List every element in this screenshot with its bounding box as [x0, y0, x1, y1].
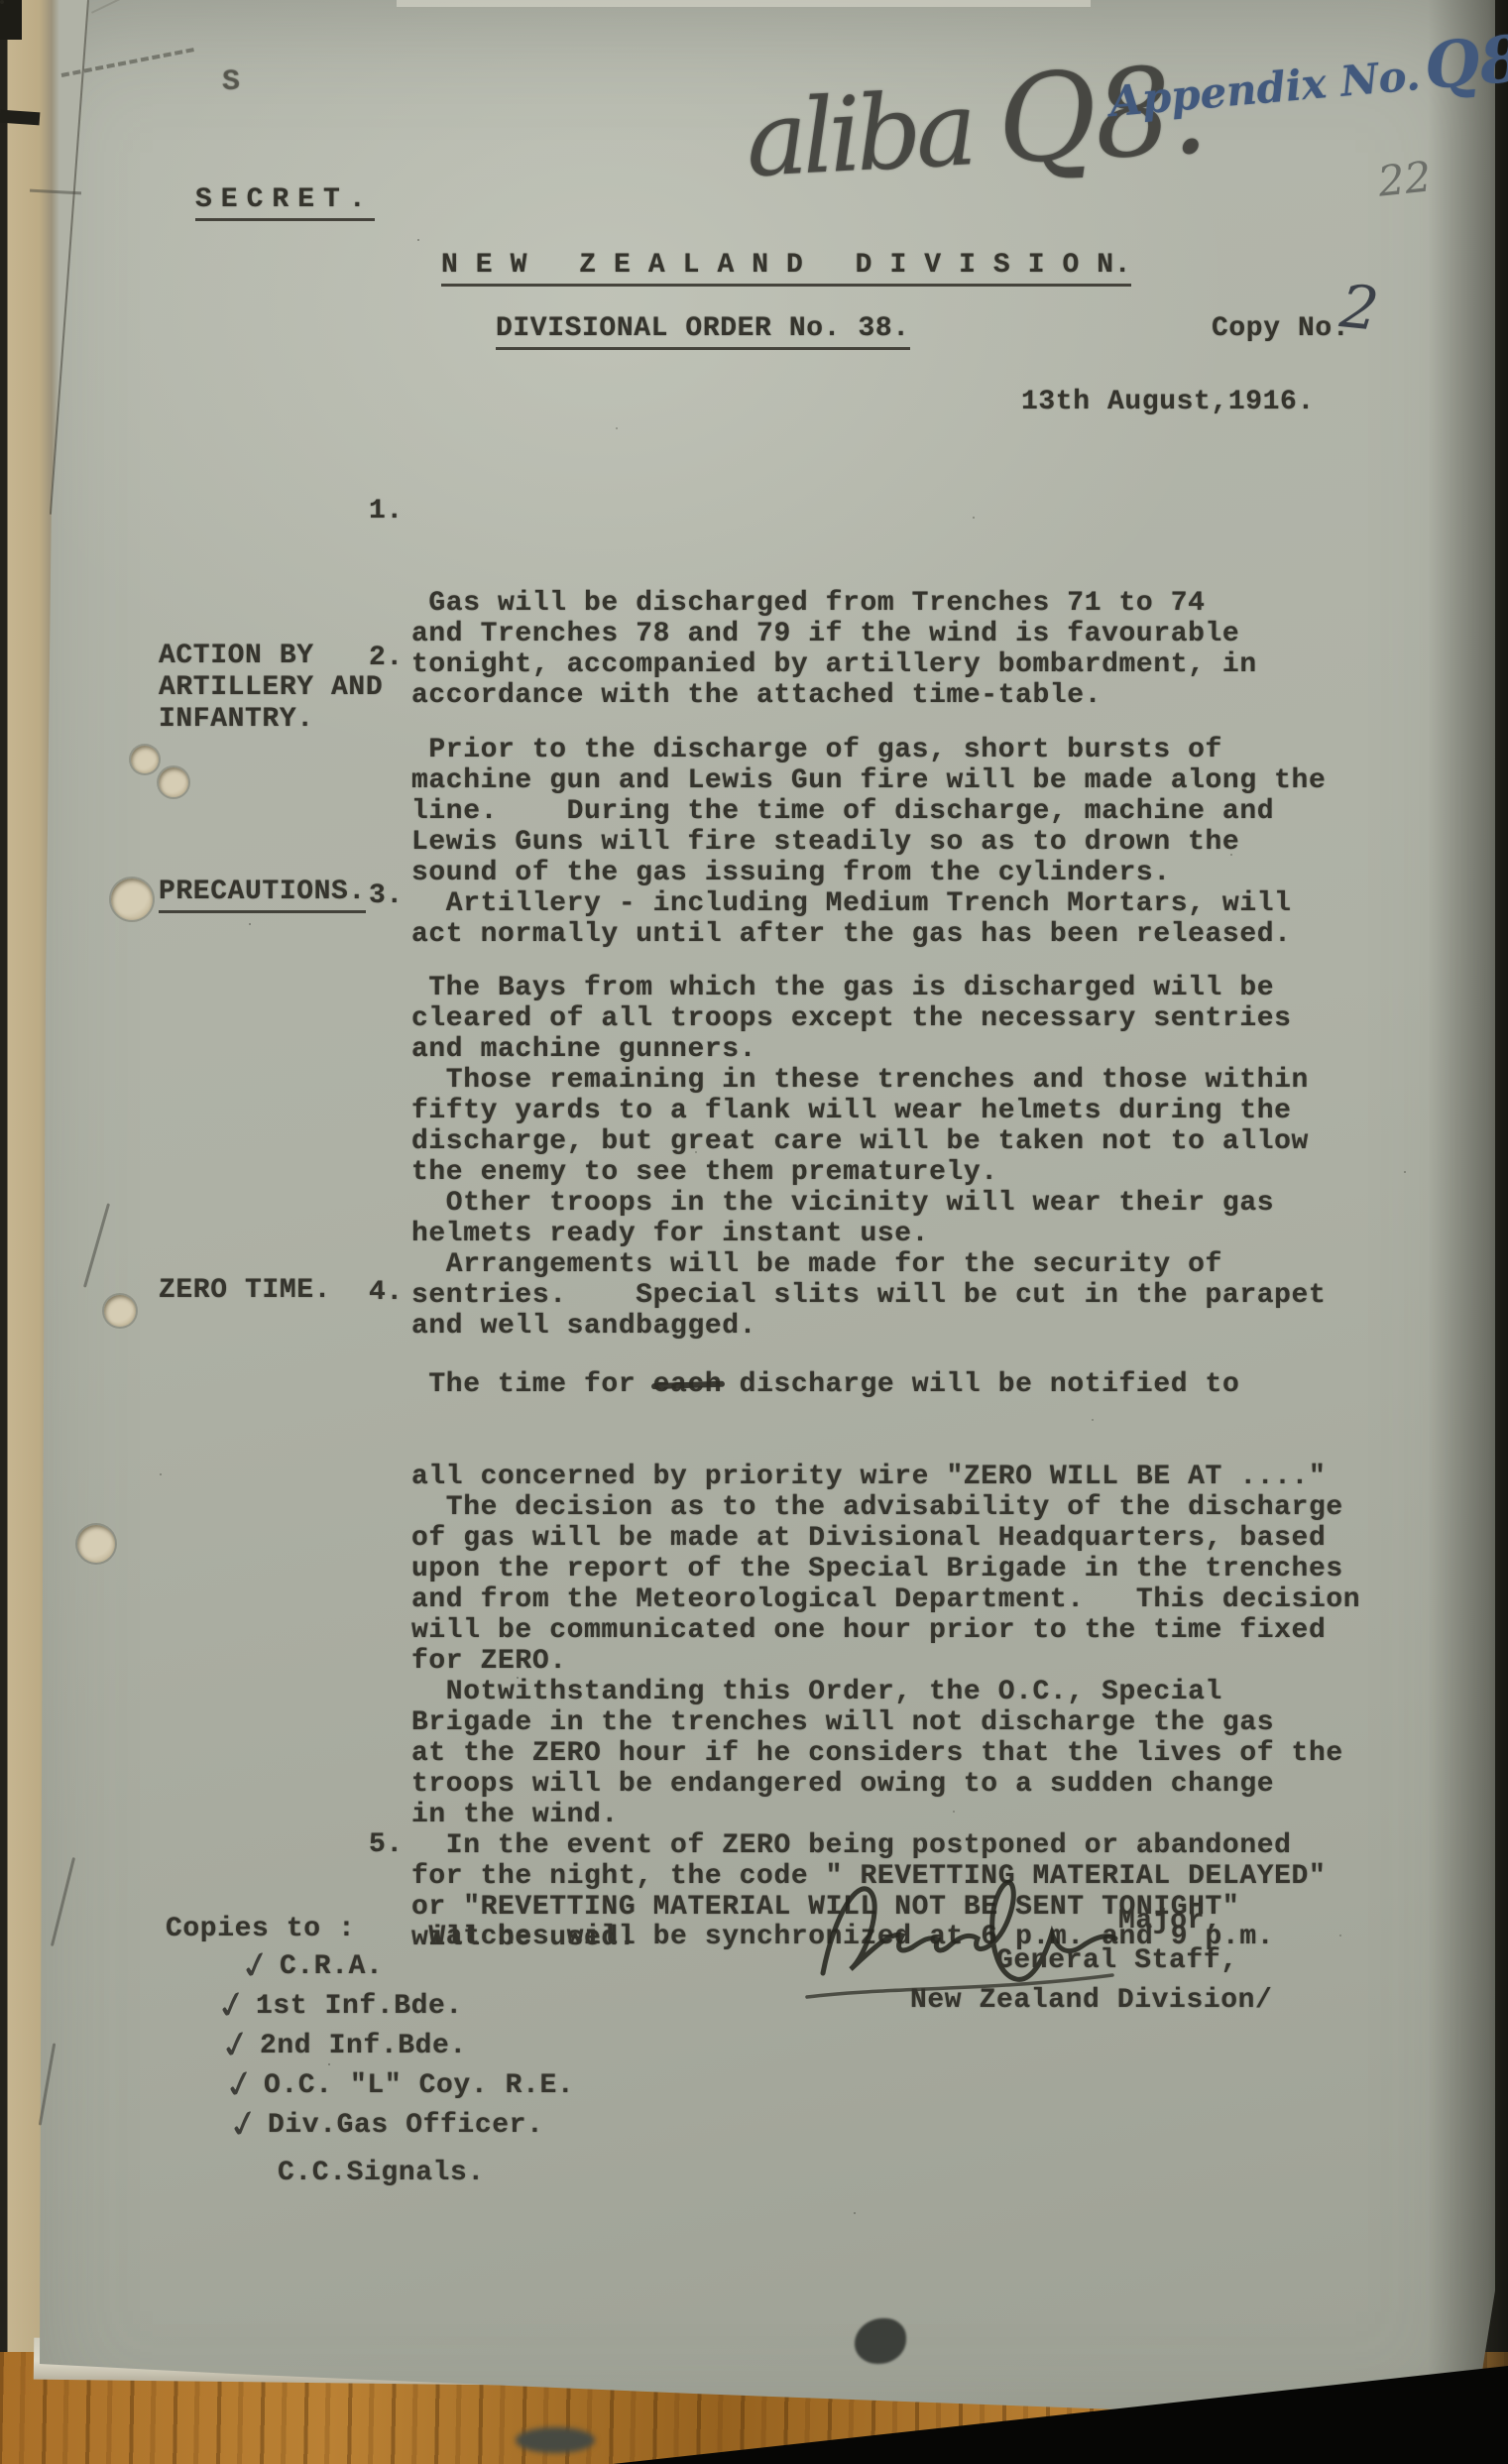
order-date: 13th August,1916. [1021, 387, 1315, 417]
margin-note-zero-time: ZERO TIME. [159, 1275, 331, 1306]
order-heading: DIVISIONAL ORDER No. 38. [496, 313, 910, 344]
typed-line: will be communicated one hour prior to t… [411, 1615, 1443, 1646]
typed-line: discharge, but great care will be taken … [411, 1126, 1443, 1157]
signature-division: New Zealand Division/ [910, 1985, 1272, 2016]
punch-hole [131, 746, 159, 773]
typed-line: Prior to the discharge of gas, short bur… [411, 735, 1443, 765]
copies-item: C.C.Signals. [278, 2158, 485, 2188]
typed-line: at the ZERO hour if he considers that th… [411, 1738, 1443, 1769]
pencil-scrawl-text: aliba [743, 67, 974, 200]
typed-line: Brigade in the trenches will not dischar… [411, 1707, 1443, 1738]
para-number: 3. [369, 880, 404, 911]
typed-line: Other troops in the vicinity will wear t… [411, 1188, 1443, 1219]
copies-item: C.R.A. [280, 1951, 383, 1982]
typed-line: Those remaining in these trenches and th… [411, 1065, 1443, 1096]
para-number: 2. [369, 643, 404, 673]
typed-line: Notwithstanding this Order, the O.C., Sp… [411, 1677, 1443, 1707]
copies-label: Copies to : [166, 1914, 355, 1944]
punch-hole [111, 879, 153, 920]
punch-hole [159, 767, 188, 797]
typed-line: line. During the time of discharge, mach… [411, 796, 1443, 827]
typed-line: troops will be endangered owing to a sud… [411, 1769, 1443, 1800]
paper-speckles [0, 0, 4, 4]
order-text: DIVISIONAL ORDER No. 38. [496, 313, 910, 350]
copy-number: 2 [1336, 272, 1381, 345]
ink-smudge [516, 2427, 595, 2453]
typed-line: INFANTRY. [159, 704, 383, 736]
division-heading: N E W Z E A L A N D D I V I S I O N. [441, 250, 1131, 281]
margin-note-action-by: ACTION BYARTILLERY ANDINFANTRY. [159, 641, 383, 736]
struck-word: each [653, 1369, 723, 1400]
paper-top-edge [397, 0, 1091, 7]
line-pre: The time for [411, 1369, 653, 1400]
para-number: 1. [369, 496, 404, 527]
typed-line: Lewis Guns will fire steadily so as to d… [411, 827, 1443, 858]
page-number: 22 [1376, 152, 1434, 205]
document-scan: S aliba Q8. Appendix No. Q8 22 SECRET. N… [0, 0, 1508, 2464]
typed-line: cleared of all troops except the necessa… [411, 1003, 1443, 1034]
copies-item: O.C. "L" Coy. R.E. [264, 2070, 574, 2101]
classification-heading: SECRET. [195, 184, 375, 215]
typed-line: of gas will be made at Divisional Headqu… [411, 1523, 1443, 1554]
typed-line: machine gun and Lewis Gun fire will be m… [411, 765, 1443, 796]
typed-line: helmets ready for instant use. [411, 1219, 1443, 1249]
para-number: 5. [369, 1829, 404, 1860]
para-number: 4. [369, 1277, 404, 1308]
signature-rank: Major, [1118, 1906, 1221, 1936]
typed-line: The decision as to the advisability of t… [411, 1492, 1443, 1523]
faint-typed-char: S [222, 65, 241, 99]
division-text: N E W Z E A L A N D D I V I S I O N. [441, 250, 1131, 287]
classification-text: SECRET. [195, 184, 375, 221]
typed-line: upon the report of the Special Brigade i… [411, 1554, 1443, 1584]
copies-item: 2nd Inf.Bde. [260, 2031, 467, 2061]
copies-item: Div.Gas Officer. [268, 2110, 543, 2141]
punch-hole [77, 1525, 115, 1563]
typed-line: Gas will be discharged from Trenches 71 … [411, 588, 1443, 619]
margin-note-precautions: PRECAUTIONS. [159, 877, 366, 907]
typed-line: in the wind. [411, 1800, 1443, 1830]
typed-line: ARTILLERY AND [159, 672, 383, 704]
typed-line: ACTION BY [159, 641, 383, 672]
typed-line: the enemy to see them prematurely. [411, 1157, 1443, 1188]
typed-line: for ZERO. [411, 1646, 1443, 1677]
typed-line: Arrangements will be made for the securi… [411, 1249, 1443, 1280]
typed-line: fifty yards to a flank will wear helmets… [411, 1096, 1443, 1126]
signature-staff: General Staff, [996, 1945, 1238, 1976]
corner-ink-mark [0, 0, 22, 40]
typed-line: The Bays from which the gas is discharge… [411, 973, 1443, 1003]
copies-item: 1st Inf.Bde. [256, 1991, 463, 2022]
punch-hole [104, 1295, 136, 1327]
appendix-code: Q8 [1422, 22, 1508, 104]
left-edge-ink-dash [0, 110, 40, 126]
line-post: discharge will be notified to [722, 1369, 1239, 1400]
typed-line: and machine gunners. [411, 1034, 1443, 1065]
precautions-text: PRECAUTIONS. [159, 877, 366, 913]
copy-label: Copy No. [1212, 313, 1349, 344]
typed-line-with-strikethrough: The time for each discharge will be noti… [411, 1369, 1443, 1400]
typed-line: and from the Meteorological Department. … [411, 1584, 1443, 1615]
typed-line: all concerned by priority wire "ZERO WIL… [411, 1462, 1443, 1492]
